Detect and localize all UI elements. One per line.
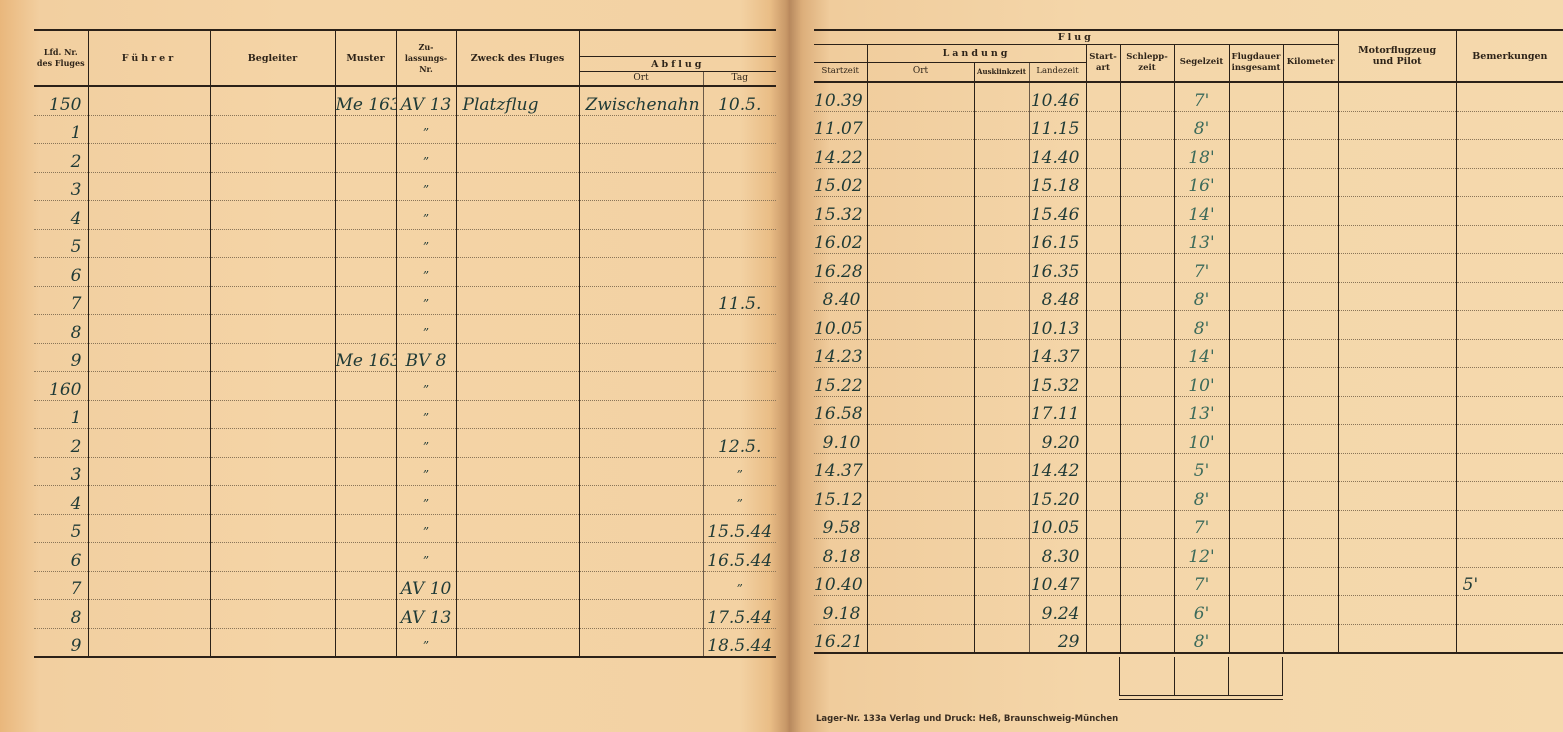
begleiter-cell	[210, 201, 335, 230]
abflug-tag-cell	[703, 343, 776, 372]
header-landung: Landung	[867, 44, 1086, 62]
ausklinkzeit-cell	[974, 225, 1029, 254]
zulassung-cell: ”	[396, 628, 456, 657]
fuehrer-cell	[88, 115, 210, 144]
flight-number-cell: 9	[34, 628, 88, 657]
totals-box	[1119, 657, 1283, 696]
landezeit-cell: 17.11	[1029, 396, 1086, 425]
left-table-row: 4””	[34, 486, 776, 515]
ausklinkzeit-cell	[974, 510, 1029, 539]
flight-number-cell: 8	[34, 600, 88, 629]
zulassung-cell: BV 8	[396, 343, 456, 372]
fuehrer-cell	[88, 229, 210, 258]
zweck-cell	[456, 400, 579, 429]
landezeit-cell: 15.32	[1029, 368, 1086, 397]
motorflugzeug-cell	[1338, 453, 1456, 482]
flugdauer-cell	[1229, 624, 1283, 653]
motorflugzeug-cell	[1338, 140, 1456, 169]
begleiter-cell	[210, 229, 335, 258]
ausklinkzeit-cell	[974, 111, 1029, 140]
begleiter-cell	[210, 372, 335, 401]
fuehrer-cell	[88, 286, 210, 315]
landezeit-cell: 10.47	[1029, 567, 1086, 596]
fuehrer-cell	[88, 400, 210, 429]
kilometer-cell	[1283, 311, 1338, 340]
startart-cell	[1086, 624, 1120, 653]
muster-cell	[335, 172, 396, 201]
muster-cell	[335, 429, 396, 458]
ausklinkzeit-cell	[974, 482, 1029, 511]
flight-number-cell: 9	[34, 343, 88, 372]
segelzeit-cell: 6'	[1174, 596, 1229, 625]
startzeit-cell: 8.18	[814, 539, 867, 568]
abflug-ort-cell: Zwischenahn	[579, 86, 703, 115]
zulassung-cell: ”	[396, 315, 456, 344]
zulassung-cell: ”	[396, 514, 456, 543]
flight-number-cell: 2	[34, 144, 88, 173]
flight-number-cell: 150	[34, 86, 88, 115]
right-table-row: 8.188.3012'	[814, 539, 1563, 568]
motorflugzeug-cell	[1338, 624, 1456, 653]
abflug-ort-cell	[579, 429, 703, 458]
abflug-ort-cell	[579, 315, 703, 344]
segelzeit-cell: 7'	[1174, 510, 1229, 539]
right-table-row: 9.189.246'	[814, 596, 1563, 625]
startart-cell	[1086, 197, 1120, 226]
right-table-row: 14.2214.4018'	[814, 140, 1563, 169]
left-logbook-table: Lfd. Nr. des Fluges Führer Begleiter Mus…	[34, 29, 776, 658]
segelzeit-cell: 7'	[1174, 254, 1229, 283]
abflug-tag-cell	[703, 201, 776, 230]
startzeit-cell: 16.28	[814, 254, 867, 283]
flight-number-cell: 8	[34, 315, 88, 344]
landezeit-cell: 14.37	[1029, 339, 1086, 368]
landezeit-cell: 15.20	[1029, 482, 1086, 511]
kilometer-cell	[1283, 624, 1338, 653]
flight-number-cell: 2	[34, 429, 88, 458]
header-abflug-ort: Ort	[579, 71, 703, 86]
fuehrer-cell	[88, 144, 210, 173]
begleiter-cell	[210, 600, 335, 629]
landung-ort-cell	[867, 539, 974, 568]
schleppzeit-cell	[1120, 282, 1174, 311]
schleppzeit-cell	[1120, 396, 1174, 425]
landung-ort-cell	[867, 282, 974, 311]
right-logbook-table: Flug Motorflugzeug und Pilot Bemerkungen…	[814, 29, 1563, 654]
flight-number-cell: 3	[34, 457, 88, 486]
zulassung-cell: ”	[396, 486, 456, 515]
zweck-cell	[456, 372, 579, 401]
ausklinkzeit-cell	[974, 254, 1029, 283]
landezeit-cell: 15.18	[1029, 168, 1086, 197]
schleppzeit-cell	[1120, 339, 1174, 368]
zweck-cell	[456, 201, 579, 230]
landung-ort-cell	[867, 596, 974, 625]
startart-cell	[1086, 111, 1120, 140]
startart-cell	[1086, 282, 1120, 311]
right-table-row: 10.4010.477'5'	[814, 567, 1563, 596]
abflug-tag-cell: 12.5.	[703, 429, 776, 458]
zulassung-cell: AV 10	[396, 571, 456, 600]
abflug-ort-cell	[579, 144, 703, 173]
abflug-tag-cell: ”	[703, 457, 776, 486]
header-startzeit: Startzeit	[814, 62, 867, 82]
startzeit-cell: 16.58	[814, 396, 867, 425]
startzeit-cell: 10.39	[814, 82, 867, 111]
fuehrer-cell	[88, 201, 210, 230]
right-table-row: 15.3215.4614'	[814, 197, 1563, 226]
landung-ort-cell	[867, 510, 974, 539]
ausklinkzeit-cell	[974, 140, 1029, 169]
abflug-tag-cell	[703, 115, 776, 144]
flugdauer-cell	[1229, 111, 1283, 140]
bemerkungen-cell	[1456, 368, 1563, 397]
bemerkungen-cell	[1456, 339, 1563, 368]
startzeit-cell: 11.07	[814, 111, 867, 140]
zweck-cell	[456, 457, 579, 486]
right-table-row: 15.1215.208'	[814, 482, 1563, 511]
right-table-row: 16.0216.1513'	[814, 225, 1563, 254]
segelzeit-cell: 7'	[1174, 567, 1229, 596]
motorflugzeug-cell	[1338, 425, 1456, 454]
begleiter-cell	[210, 258, 335, 287]
abflug-tag-cell	[703, 400, 776, 429]
schleppzeit-cell	[1120, 482, 1174, 511]
muster-cell	[335, 201, 396, 230]
landezeit-cell: 16.35	[1029, 254, 1086, 283]
zulassung-cell: ”	[396, 115, 456, 144]
startzeit-cell: 16.21	[814, 624, 867, 653]
zweck-cell	[456, 315, 579, 344]
startart-cell	[1086, 225, 1120, 254]
right-table-row: 8.408.488'	[814, 282, 1563, 311]
bemerkungen-cell	[1456, 396, 1563, 425]
landezeit-cell: 9.24	[1029, 596, 1086, 625]
zulassung-cell: ”	[396, 229, 456, 258]
begleiter-cell	[210, 286, 335, 315]
startzeit-cell: 15.32	[814, 197, 867, 226]
ausklinkzeit-cell	[974, 368, 1029, 397]
kilometer-cell	[1283, 539, 1338, 568]
header-muster: Muster	[335, 30, 396, 86]
zweck-cell	[456, 571, 579, 600]
segelzeit-cell: 5'	[1174, 453, 1229, 482]
schleppzeit-cell	[1120, 225, 1174, 254]
schleppzeit-cell	[1120, 168, 1174, 197]
left-table-row: 150Me 163AV 13PlatzflugZwischenahn10.5.	[34, 86, 776, 115]
left-table-row: 1”	[34, 400, 776, 429]
muster-cell	[335, 600, 396, 629]
fuehrer-cell	[88, 486, 210, 515]
abflug-ort-cell	[579, 400, 703, 429]
bemerkungen-cell	[1456, 624, 1563, 653]
begleiter-cell	[210, 571, 335, 600]
bemerkungen-cell	[1456, 282, 1563, 311]
segelzeit-cell: 8'	[1174, 282, 1229, 311]
startart-cell	[1086, 368, 1120, 397]
ausklinkzeit-cell	[974, 339, 1029, 368]
startzeit-cell: 15.12	[814, 482, 867, 511]
segelzeit-cell: 8'	[1174, 624, 1229, 653]
header-landezeit: Landezeit	[1029, 62, 1086, 82]
begleiter-cell	[210, 172, 335, 201]
left-table-row: 6”16.5.44	[34, 543, 776, 572]
startart-cell	[1086, 396, 1120, 425]
landezeit-cell: 10.05	[1029, 510, 1086, 539]
flugdauer-cell	[1229, 197, 1283, 226]
flight-number-cell: 4	[34, 201, 88, 230]
segelzeit-cell: 13'	[1174, 396, 1229, 425]
kilometer-cell	[1283, 453, 1338, 482]
flugdauer-cell	[1229, 168, 1283, 197]
muster-cell	[335, 457, 396, 486]
motorflugzeug-cell	[1338, 539, 1456, 568]
flugdauer-cell	[1229, 254, 1283, 283]
left-table-row: 2”12.5.	[34, 429, 776, 458]
landung-ort-cell	[867, 225, 974, 254]
bemerkungen-cell	[1456, 596, 1563, 625]
zweck-cell	[456, 429, 579, 458]
landung-ort-cell	[867, 339, 974, 368]
landezeit-cell: 11.15	[1029, 111, 1086, 140]
abflug-ort-cell	[579, 229, 703, 258]
ausklinkzeit-cell	[974, 596, 1029, 625]
landung-ort-cell	[867, 368, 974, 397]
flugdauer-cell	[1229, 311, 1283, 340]
flight-number-cell: 4	[34, 486, 88, 515]
flugdauer-cell	[1229, 396, 1283, 425]
flugdauer-cell	[1229, 368, 1283, 397]
kilometer-cell	[1283, 197, 1338, 226]
schleppzeit-cell	[1120, 111, 1174, 140]
zweck-cell	[456, 115, 579, 144]
right-table-row: 16.21298'	[814, 624, 1563, 653]
muster-cell	[335, 258, 396, 287]
bemerkungen-cell	[1456, 225, 1563, 254]
header-startart: Start- art	[1086, 44, 1120, 82]
zulassung-cell: ”	[396, 457, 456, 486]
abflug-ort-cell	[579, 115, 703, 144]
abflug-tag-cell: 10.5.	[703, 86, 776, 115]
zweck-cell	[456, 628, 579, 657]
muster-cell	[335, 229, 396, 258]
ausklinkzeit-cell	[974, 567, 1029, 596]
left-table-row: 4”	[34, 201, 776, 230]
abflug-ort-cell	[579, 486, 703, 515]
ausklinkzeit-cell	[974, 453, 1029, 482]
header-segelzeit: Segelzeit	[1174, 44, 1229, 82]
muster-cell	[335, 315, 396, 344]
muster-cell	[335, 286, 396, 315]
zulassung-cell: ”	[396, 372, 456, 401]
segelzeit-cell: 12'	[1174, 539, 1229, 568]
muster-cell: Me 163	[335, 343, 396, 372]
zweck-cell	[456, 286, 579, 315]
segelzeit-cell: 18'	[1174, 140, 1229, 169]
begleiter-cell	[210, 543, 335, 572]
flight-number-cell: 1	[34, 115, 88, 144]
segelzeit-cell: 14'	[1174, 339, 1229, 368]
abflug-tag-cell: 18.5.44	[703, 628, 776, 657]
header-lfd-nr: Lfd. Nr. des Fluges	[34, 30, 88, 86]
begleiter-cell	[210, 429, 335, 458]
flight-number-cell: 6	[34, 543, 88, 572]
schleppzeit-cell	[1120, 197, 1174, 226]
schleppzeit-cell	[1120, 567, 1174, 596]
bemerkungen-cell	[1456, 140, 1563, 169]
flugdauer-cell	[1229, 596, 1283, 625]
muster-cell	[335, 486, 396, 515]
zweck-cell	[456, 600, 579, 629]
kilometer-cell	[1283, 254, 1338, 283]
abflug-tag-cell	[703, 144, 776, 173]
kilometer-cell	[1283, 339, 1338, 368]
motorflugzeug-cell	[1338, 111, 1456, 140]
ausklinkzeit-cell	[974, 82, 1029, 111]
schleppzeit-cell	[1120, 311, 1174, 340]
flugdauer-cell	[1229, 140, 1283, 169]
landung-ort-cell	[867, 254, 974, 283]
kilometer-cell	[1283, 82, 1338, 111]
kilometer-cell	[1283, 396, 1338, 425]
left-table-row: 5”	[34, 229, 776, 258]
abflug-tag-cell: 17.5.44	[703, 600, 776, 629]
flugdauer-cell	[1229, 567, 1283, 596]
schleppzeit-cell	[1120, 254, 1174, 283]
right-table-row: 10.0510.138'	[814, 311, 1563, 340]
kilometer-cell	[1283, 510, 1338, 539]
muster-cell	[335, 543, 396, 572]
landung-ort-cell	[867, 624, 974, 653]
abflug-ort-cell	[579, 457, 703, 486]
flight-number-cell: 5	[34, 514, 88, 543]
begleiter-cell	[210, 514, 335, 543]
bemerkungen-cell	[1456, 197, 1563, 226]
landung-ort-cell	[867, 140, 974, 169]
fuehrer-cell	[88, 172, 210, 201]
abflug-ort-cell	[579, 172, 703, 201]
abflug-ort-cell	[579, 514, 703, 543]
ausklinkzeit-cell	[974, 168, 1029, 197]
landezeit-cell: 15.46	[1029, 197, 1086, 226]
flugdauer-cell	[1229, 482, 1283, 511]
header-landung-ort: Ort	[867, 62, 974, 82]
landezeit-cell: 14.42	[1029, 453, 1086, 482]
startzeit-cell: 15.22	[814, 368, 867, 397]
zulassung-cell: ”	[396, 429, 456, 458]
zulassung-cell: AV 13	[396, 86, 456, 115]
header-flug: Flug	[814, 30, 1338, 44]
motorflugzeug-cell	[1338, 282, 1456, 311]
flugdauer-cell	[1229, 339, 1283, 368]
schleppzeit-cell	[1120, 425, 1174, 454]
zweck-cell	[456, 144, 579, 173]
begleiter-cell	[210, 400, 335, 429]
zweck-cell	[456, 343, 579, 372]
header-bemerkungen: Bemerkungen	[1456, 30, 1563, 82]
segelzeit-cell: 8'	[1174, 482, 1229, 511]
right-table-row: 10.3910.467'	[814, 82, 1563, 111]
zweck-cell	[456, 514, 579, 543]
fuehrer-cell	[88, 372, 210, 401]
left-table-row: 160”	[34, 372, 776, 401]
fuehrer-cell	[88, 315, 210, 344]
schleppzeit-cell	[1120, 624, 1174, 653]
segelzeit-cell: 8'	[1174, 111, 1229, 140]
landezeit-cell: 8.30	[1029, 539, 1086, 568]
begleiter-cell	[210, 628, 335, 657]
right-table-row: 11.0711.158'	[814, 111, 1563, 140]
bemerkungen-cell	[1456, 254, 1563, 283]
header-abflug-tag: Tag	[703, 71, 776, 86]
right-table-row: 15.2215.3210'	[814, 368, 1563, 397]
header-ausklinkzeit: Ausklinkzeit	[974, 62, 1029, 82]
landezeit-cell: 10.46	[1029, 82, 1086, 111]
abflug-ort-cell	[579, 600, 703, 629]
motorflugzeug-cell	[1338, 482, 1456, 511]
muster-cell: Me 163	[335, 86, 396, 115]
abflug-ort-cell	[579, 286, 703, 315]
startart-cell	[1086, 567, 1120, 596]
zulassung-cell: ”	[396, 144, 456, 173]
header-motorflugzeug: Motorflugzeug und Pilot	[1338, 30, 1456, 82]
fuehrer-cell	[88, 600, 210, 629]
left-table-row: 7AV 10”	[34, 571, 776, 600]
landung-ort-cell	[867, 168, 974, 197]
bemerkungen-cell: 5'	[1456, 567, 1563, 596]
motorflugzeug-cell	[1338, 567, 1456, 596]
left-table-row: 8AV 1317.5.44	[34, 600, 776, 629]
startzeit-cell: 14.37	[814, 453, 867, 482]
landung-ort-cell	[867, 311, 974, 340]
bemerkungen-cell	[1456, 82, 1563, 111]
right-table-row: 9.5810.057'	[814, 510, 1563, 539]
landezeit-cell: 14.40	[1029, 140, 1086, 169]
left-table-row: 1”	[34, 115, 776, 144]
schleppzeit-cell	[1120, 82, 1174, 111]
motorflugzeug-cell	[1338, 396, 1456, 425]
startart-cell	[1086, 453, 1120, 482]
abflug-ort-cell	[579, 543, 703, 572]
ausklinkzeit-cell	[974, 425, 1029, 454]
left-table-row: 6”	[34, 258, 776, 287]
segelzeit-cell: 16'	[1174, 168, 1229, 197]
kilometer-cell	[1283, 425, 1338, 454]
kilometer-cell	[1283, 482, 1338, 511]
right-table-row: 9.109.2010'	[814, 425, 1563, 454]
flight-number-cell: 3	[34, 172, 88, 201]
startart-cell	[1086, 425, 1120, 454]
segelzeit-cell: 7'	[1174, 82, 1229, 111]
abflug-ort-cell	[579, 201, 703, 230]
abflug-tag-cell: ”	[703, 571, 776, 600]
segelzeit-cell: 14'	[1174, 197, 1229, 226]
flugdauer-cell	[1229, 82, 1283, 111]
publisher-footer: Lager-Nr. 133a Verlag und Druck: Heß, Br…	[816, 714, 1118, 724]
schleppzeit-cell	[1120, 510, 1174, 539]
flight-number-cell: 5	[34, 229, 88, 258]
right-table-row: 16.2816.357'	[814, 254, 1563, 283]
left-table-row: 9”18.5.44	[34, 628, 776, 657]
bemerkungen-cell	[1456, 510, 1563, 539]
startart-cell	[1086, 539, 1120, 568]
flugdauer-cell	[1229, 282, 1283, 311]
abflug-tag-cell	[703, 372, 776, 401]
schleppzeit-cell	[1120, 596, 1174, 625]
abflug-ort-cell	[579, 258, 703, 287]
motorflugzeug-cell	[1338, 596, 1456, 625]
fuehrer-cell	[88, 628, 210, 657]
